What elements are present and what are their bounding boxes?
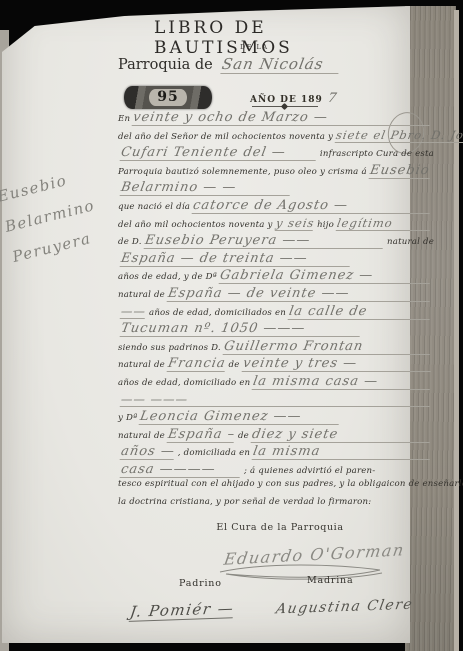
record-line: natural de España – de diez y siete — [118, 427, 434, 445]
year-digit-handwritten: 7 — [327, 91, 339, 106]
handwritten-text: años — — [120, 444, 177, 460]
handwritten-text: Guillermo Frontan — [222, 339, 432, 355]
printed-text: del año del Señor de mil ochocientos nov… — [118, 132, 333, 142]
handwritten-text: veinte y tres — — [241, 356, 432, 372]
record-line: España — de treinta —— — [118, 251, 434, 269]
printed-text: natural de — [118, 290, 165, 300]
record-line: Belarmino — — — [118, 180, 434, 198]
record-line: —— años de edad, domiciliados en la call… — [118, 304, 434, 322]
parish-label: Parroquia de — [118, 57, 213, 73]
printed-text: , domiciliada en — [178, 448, 250, 458]
handwritten-text: legítimo — [336, 216, 433, 231]
handwritten-text: la misma casa — — [252, 374, 432, 390]
printed-text: años de edad, domiciliados en — [149, 308, 286, 318]
printed-text: tesco espiritual con el ahijado y con su… — [118, 479, 463, 489]
handwritten-text: España — de treinta —— — [120, 251, 353, 267]
record-line: que nació el día catorce de Agosto — — [118, 198, 434, 216]
printed-text: natural de — [387, 237, 434, 247]
record-line: Parroquia bautizó solemnemente, puso ole… — [118, 163, 434, 181]
printed-text: natural de — [118, 360, 165, 370]
handwritten-text: siete el Pbro. D. Joaquin — [335, 128, 463, 143]
handwritten-text: Eusebio Peruyera —— — [143, 233, 385, 249]
handwritten-text: Belarmino — — — [120, 180, 293, 196]
record-line: natural de España — de veinte —— — [118, 286, 434, 304]
handwritten-text: la calle de — [288, 304, 433, 320]
printed-text: la doctrina cristiana, y por señal de ve… — [118, 497, 371, 507]
padrino-label: Padrino — [179, 578, 222, 589]
cura-label: El Cura de la Parroquia — [210, 522, 350, 533]
handwritten-text: Gabriela Gimenez — — [219, 268, 433, 284]
record-line: años — , domiciliada en la misma — [118, 444, 434, 462]
printed-text: siendo sus padrinos D. — [118, 343, 221, 353]
parish-name-handwritten: San Nicolás — [220, 55, 341, 74]
handwritten-text: Leoncia Gimenez —— — [139, 409, 342, 425]
printed-text: ; á quienes advirtió el paren- — [244, 466, 375, 476]
record-line: casa ———— ; á quienes advirtió el paren- — [118, 462, 434, 480]
record-line: del año mil ochocientos noventa y y seis… — [118, 216, 434, 234]
record-line: tesco espiritual con el ahijado y con su… — [118, 479, 434, 497]
record-line: la doctrina cristiana, y por señal de ve… — [118, 497, 434, 515]
printed-text: que nació el día — [118, 202, 190, 212]
signature-flourish — [216, 560, 386, 582]
printed-text: años de edad, domiciliado en — [118, 378, 250, 388]
handwritten-text: y seis — [274, 216, 315, 231]
record-line: años de edad, domiciliado en la misma ca… — [118, 374, 434, 392]
madrina-signature: Augustina Clere — [276, 596, 413, 615]
printed-text: de — [238, 431, 249, 441]
year-divider — [252, 104, 318, 109]
record-line: En veinte y ocho de Marzo — — [118, 110, 434, 128]
record-line: siendo sus padrinos D. Guillermo Frontan — [118, 339, 434, 357]
record-line: natural de Francia de veinte y tres — — [118, 356, 434, 374]
printed-text: infrascripto Cura de esta — [320, 149, 434, 159]
record-line: Tucuman nº. 1050 ——— — [118, 321, 434, 339]
handwritten-text: —— ——— — [120, 392, 433, 407]
handwritten-text: España – — [167, 427, 237, 443]
printed-text: de D. — [118, 237, 142, 247]
record-number: 95 — [149, 89, 186, 106]
padrino-signature: J. Pomiér — — [130, 600, 234, 620]
printed-text: años de edad, y de Dª — [118, 272, 217, 282]
handwritten-text: catorce de Agosto — — [192, 198, 433, 214]
padrino-signature-text: J. Pomiér — — [129, 599, 236, 622]
handwritten-text: Francia — [167, 356, 227, 372]
printed-text: de — [229, 360, 240, 370]
book-edge-highlight — [454, 10, 459, 651]
record-line: y Dª Leoncia Gimenez —— — [118, 409, 434, 427]
handwritten-text: —— — [120, 304, 148, 319]
handwritten-text: Tucuman nº. 1050 ——— — [120, 321, 363, 337]
printed-text: natural de — [118, 431, 165, 441]
printed-text: Parroquia bautizó solemnemente, puso ole… — [118, 167, 367, 177]
handwritten-text: España — de veinte —— — [167, 286, 433, 302]
handwritten-text: veinte y ocho de Marzo — — [132, 110, 433, 126]
printed-text: del año mil ochocientos noventa y — [118, 220, 273, 230]
handwritten-text: diez y siete — [251, 427, 433, 443]
handwritten-text: casa ———— — [120, 462, 243, 478]
handwritten-text: Eusebio — [368, 163, 432, 179]
record-line: del año del Señor de mil ochocientos nov… — [118, 128, 434, 146]
de-la-label: DE LA — [240, 43, 269, 51]
handwritten-text: Cufari Teniente del — — [120, 145, 319, 161]
handwritten-text: la misma — [252, 444, 433, 460]
madrina-label: Madrina — [307, 575, 353, 586]
record-line: años de edad, y de Dª Gabriela Gimenez — — [118, 268, 434, 286]
madrina-signature-text: Augustina Clere — [275, 597, 415, 618]
record-line: de D. Eusebio Peruyera —— natural de — [118, 233, 434, 251]
parish-line: Parroquia de San Nicolás — [118, 54, 340, 74]
printed-text: hijo — [317, 220, 334, 230]
printed-text: y Dª — [118, 413, 137, 423]
scanned-baptism-record: { "colors":{"paper":"#e8e7e2","printed_i… — [0, 0, 463, 651]
record-line: Cufari Teniente del — infrascripto Cura … — [118, 145, 434, 163]
record-number-stamp: 95 — [124, 86, 212, 109]
printed-text: En — [118, 114, 130, 124]
record-text: En veinte y ocho de Marzo — del año del … — [118, 110, 434, 515]
book-title: LIBRO DE BAUTISMOS — [154, 18, 410, 58]
record-line: —— ——— — [118, 392, 434, 410]
